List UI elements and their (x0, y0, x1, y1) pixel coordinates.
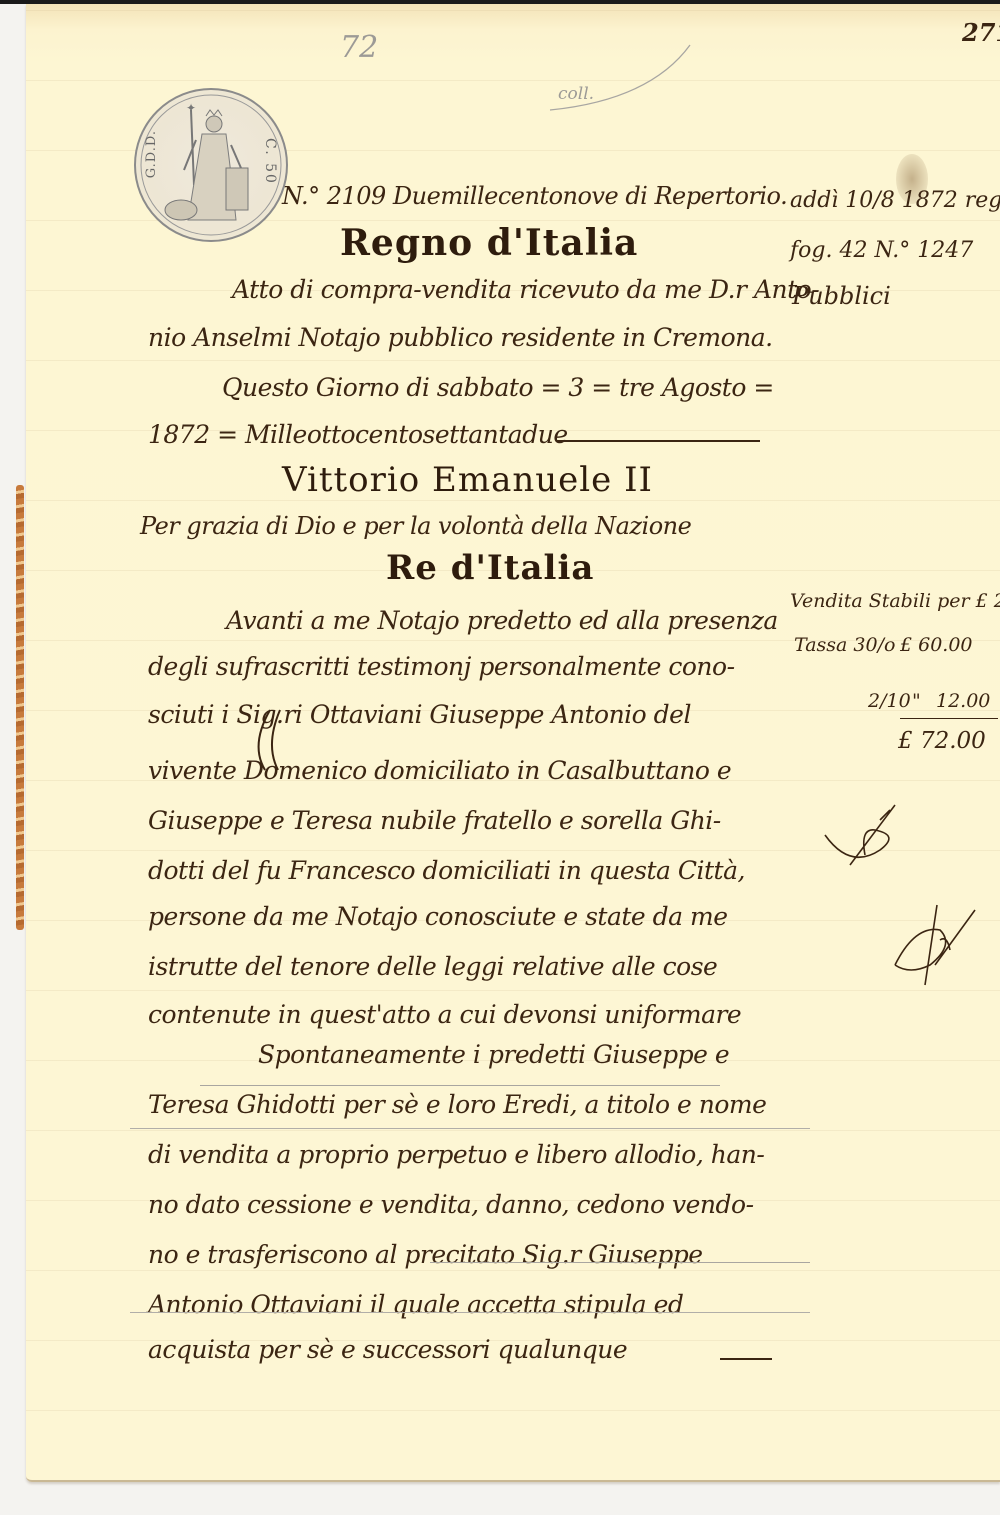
registration-date: addì 10/8 1872 reg. (790, 188, 1000, 213)
body-line-13: contenute in quest'atto a cui devonsi un… (148, 1000, 741, 1029)
line-filler-rule (556, 440, 760, 442)
sovereign-name: Vittorio Emanuele II (282, 460, 653, 500)
tax-sale-line: Vendita Stabili per £ 200 (790, 590, 1000, 612)
ink-flourish (240, 705, 300, 775)
body-line-1: Atto di compra-vendita ricevuto da me D.… (232, 275, 819, 304)
pencil-arc-mark (530, 40, 700, 115)
tax-rate-label: Tassa 30/o (794, 634, 895, 656)
body-line-6: degli sufrascritti testimonj personalmen… (148, 652, 735, 681)
tax-extra-mark: " (912, 690, 921, 712)
body-line-11: persone da me Notajo conosciute e state … (148, 902, 728, 931)
registration-office: Pubblici (792, 282, 891, 310)
svg-text:✦: ✦ (186, 101, 196, 115)
body-line-16: di vendita a proprio perpetuo e libero a… (148, 1140, 764, 1169)
pencil-underline (430, 1262, 810, 1263)
body-line-20: acquista per sè e successori qualunque (148, 1335, 627, 1364)
tax-sum-rule (900, 718, 998, 719)
body-line-5: Avanti a me Notajo predetto ed alla pres… (226, 606, 778, 635)
folio-number: 271 (962, 18, 1000, 47)
tax-extra-amount: 12.00 (936, 690, 990, 712)
document-title: Regno d'Italia (340, 222, 638, 264)
body-line-4: 1872 = Milleottocentosettantadue (148, 420, 568, 449)
binding-thread (16, 485, 24, 930)
sovereign-title: Re d'Italia (386, 548, 594, 588)
registrar-signature (885, 890, 985, 990)
body-line-19: Antonio Ottaviani il quale accetta stipu… (148, 1290, 683, 1319)
body-line-17: no dato cessione e vendita, danno, cedon… (148, 1190, 754, 1219)
tax-extra-label: 2/10 (868, 690, 911, 712)
pencil-page-number: 72 (340, 30, 378, 65)
notary-initials-signature (820, 800, 910, 880)
body-line-12: istrutte del tenore delle leggi relative… (148, 952, 717, 981)
body-line-15: Teresa Ghidotti per sè e loro Eredi, a t… (148, 1090, 766, 1119)
stamp-value: C. 50 (262, 138, 278, 185)
body-line-7: sciuti i Sig.ri Ottaviani Giuseppe Anton… (148, 700, 691, 729)
stamp-left-inscription: G.D.D. (144, 130, 159, 178)
end-filler-rule (720, 1358, 772, 1360)
body-line-9: Giuseppe e Teresa nubile fratello e sore… (148, 806, 721, 835)
repertory-number-line: N.° 2109 Duemillecentonove di Repertorio… (282, 182, 787, 210)
body-line-14: Spontaneamente i predetti Giuseppe e (258, 1040, 729, 1069)
pencil-underline (200, 1085, 720, 1086)
tax-rate-amount: £ 60.00 (900, 634, 973, 656)
body-line-8: vivente Domenico domiciliato in Casalbut… (148, 756, 731, 785)
revenue-stamp: ✦ G.D.D. C. 50 (134, 88, 288, 242)
registration-folio: fog. 42 N.° 1247 (790, 238, 973, 263)
body-line-18: no e trasferiscono al precitato Sig.r Gi… (148, 1240, 703, 1269)
pencil-underline (130, 1312, 810, 1313)
pencil-underline (130, 1128, 810, 1129)
tax-total: £ 72.00 (898, 728, 986, 754)
body-line-10: dotti del fu Francesco domiciliati in qu… (148, 856, 745, 885)
body-line-3: Questo Giorno di sabbato = 3 = tre Agost… (222, 373, 774, 402)
sovereign-formula: Per grazia di Dio e per la volontà della… (140, 512, 691, 540)
body-line-2: nio Anselmi Notajo pubblico residente in… (148, 323, 773, 352)
